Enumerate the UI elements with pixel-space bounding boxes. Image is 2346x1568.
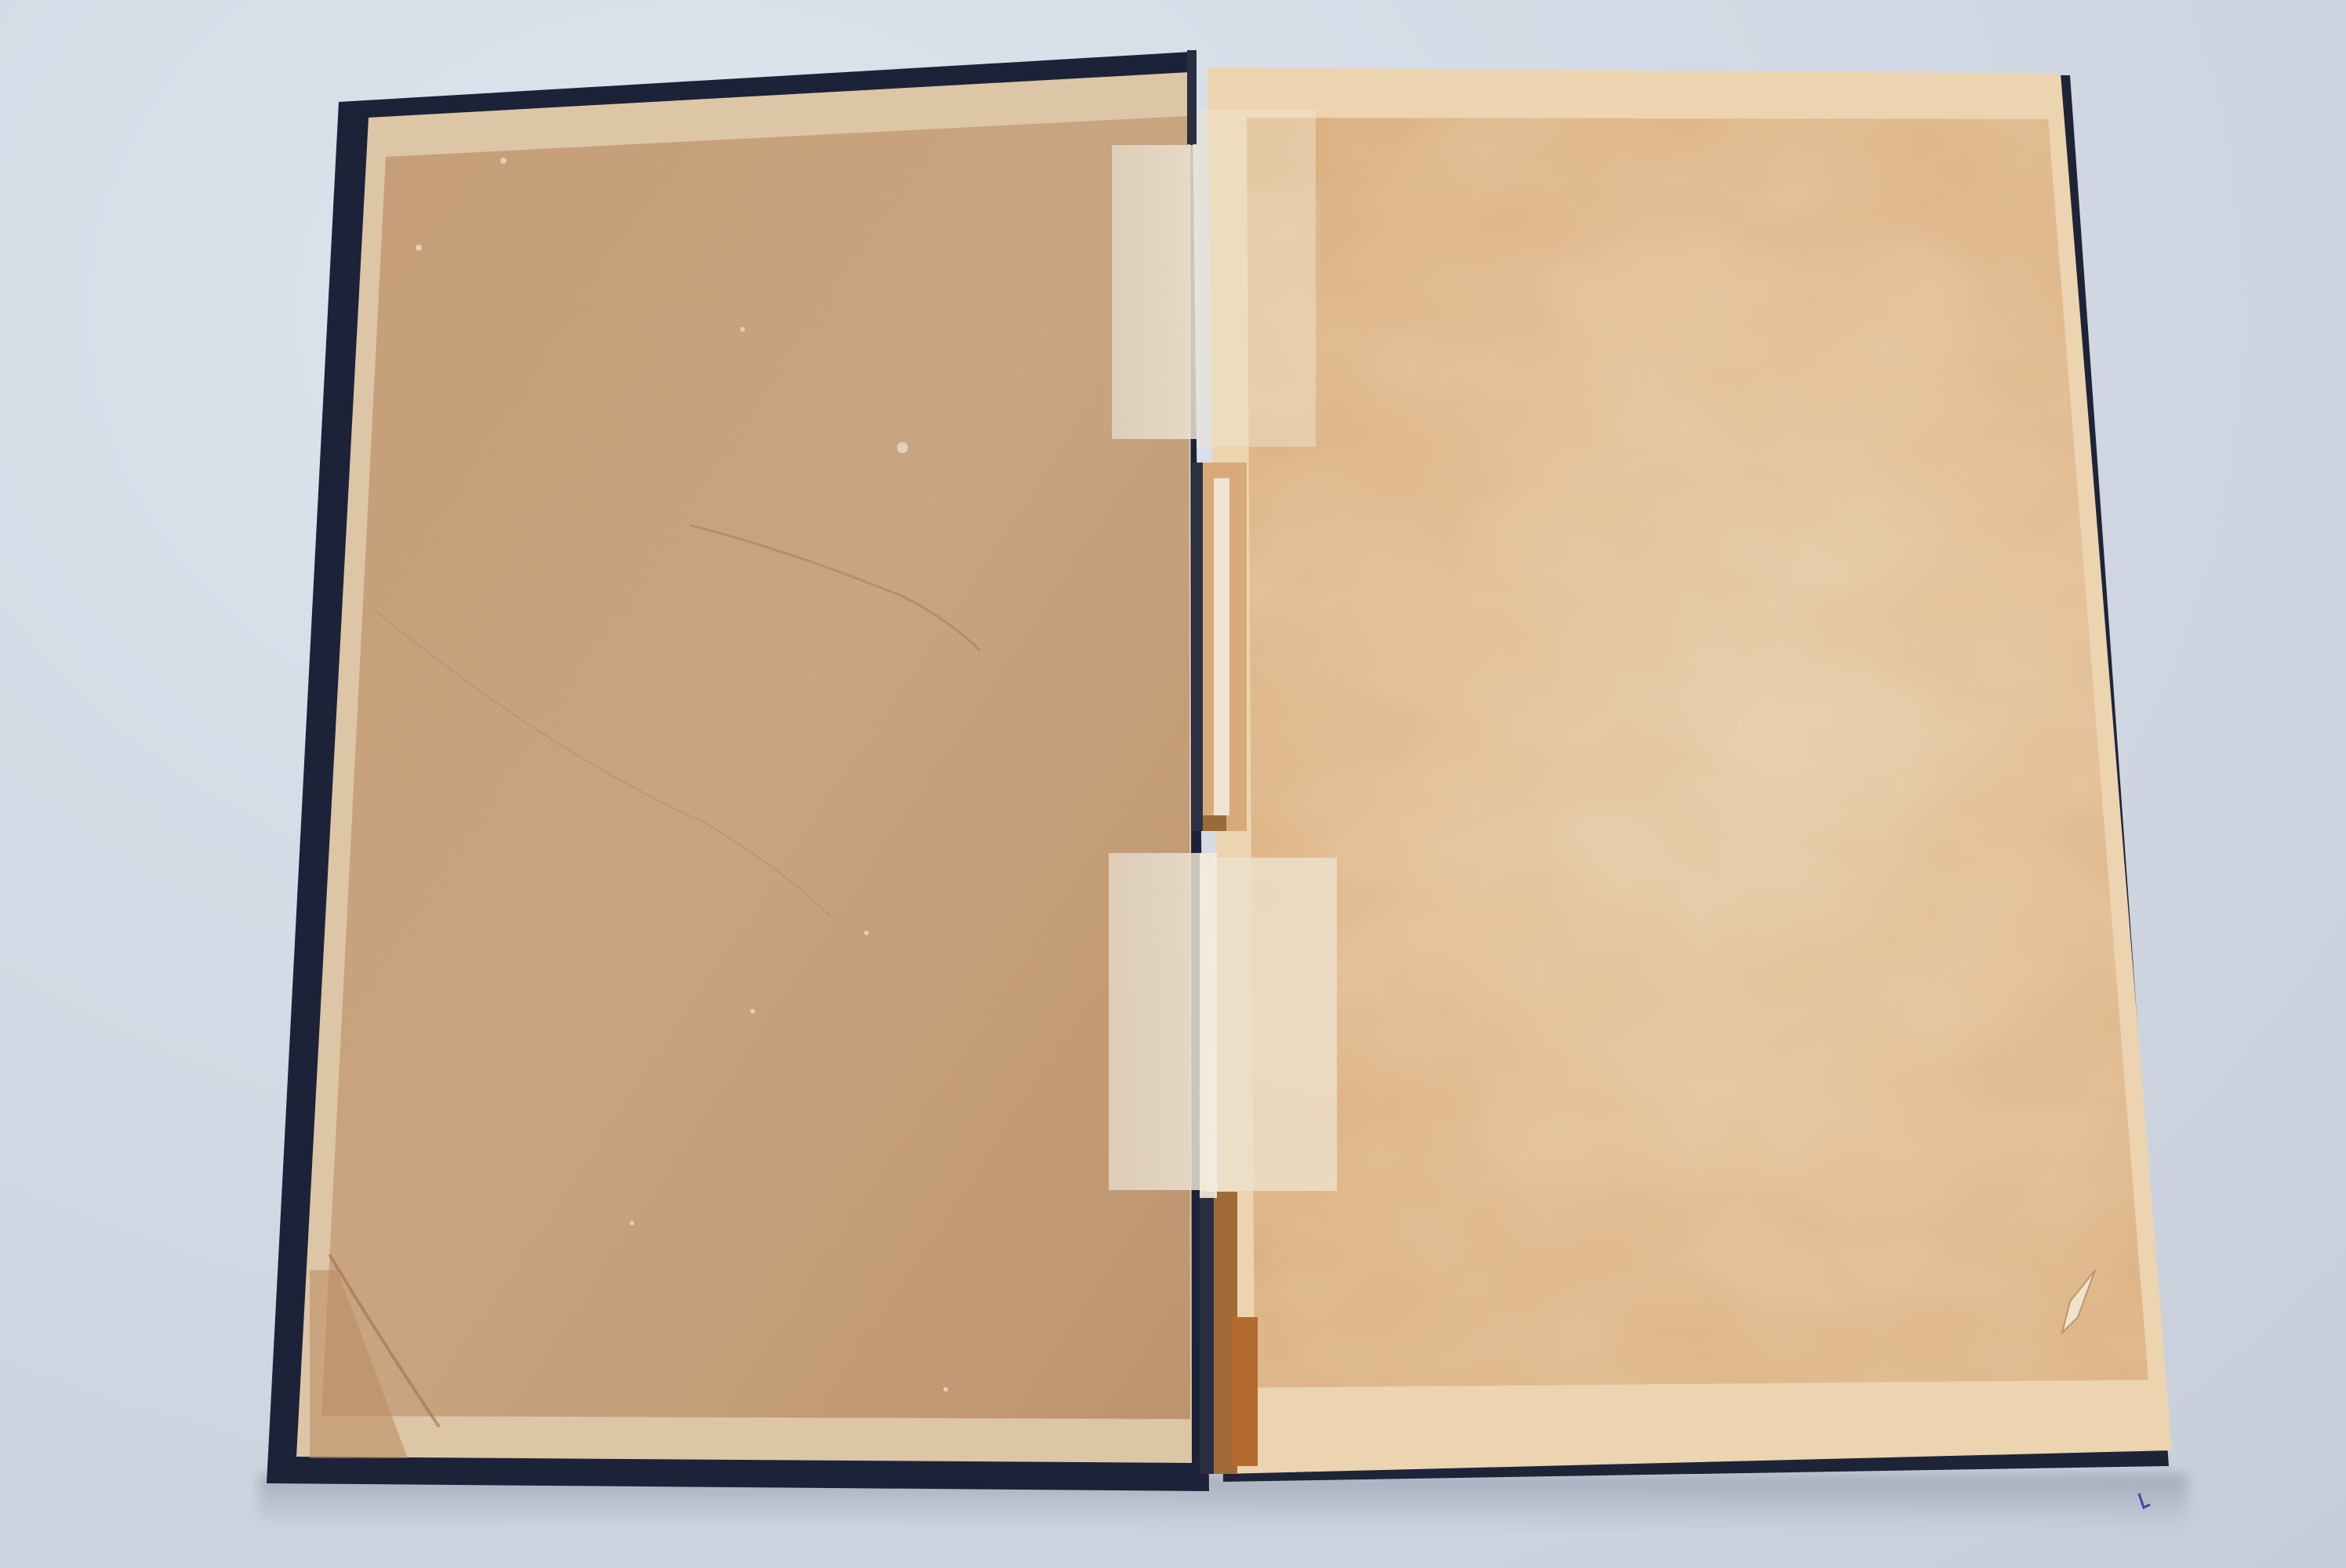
tape-upper-right (1198, 110, 1316, 447)
ink-mark (2139, 1494, 2150, 1508)
book-photo (0, 0, 2346, 1568)
tape-upper (1112, 145, 1198, 439)
right-page (1207, 67, 2172, 1508)
tape-lower-right (1207, 858, 1337, 1191)
tape-lower-left (1109, 853, 1207, 1190)
left-cover (267, 52, 1209, 1491)
